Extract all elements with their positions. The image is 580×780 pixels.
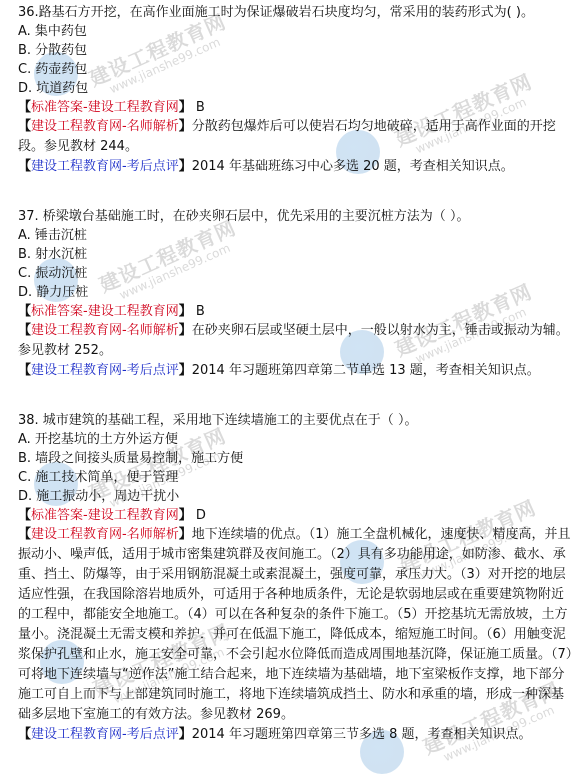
teacher-analysis: 【建设工程教育网-名师解析】在砂夹卵石层或坚硬土层中，一般以射水为主，锤击或振动… — [18, 321, 574, 361]
question-stem: 38. 城市建筑的基础工程，采用地下连续墙施工的主要优点在于（ ）。 — [18, 411, 574, 430]
option-c: C. 振动沉桩 — [18, 264, 574, 283]
standard-answer: 【标准答案-建设工程教育网】 D — [18, 506, 574, 525]
question-stem: 36.路基石方开挖，在高作业面施工时为保证爆破岩石块度均匀，常采用的装药形式为(… — [18, 3, 574, 22]
option-d: D. 坑道药包 — [18, 79, 574, 98]
standard-answer: 【标准答案-建设工程教育网】 B — [18, 302, 574, 321]
post-exam-review: 【建设工程教育网-考后点评】2014 年习题班第四章第二节单选 13 题，考查相… — [18, 361, 574, 380]
option-a: A. 集中药包 — [18, 22, 574, 41]
option-c: C. 药壶药包 — [18, 60, 574, 79]
review-text: 2014 年习题班第四章第三节多选 8 题，考查相关知识点。 — [192, 727, 532, 742]
analysis-text: 地下连续墙的优点。（1）施工全盘机械化，速度快、精度高，并且振动小、噪声低，适用… — [18, 527, 572, 722]
answer-value: D — [196, 508, 206, 523]
analysis-label: 建设工程教育网-名师解析 — [31, 119, 179, 134]
post-exam-review: 【建设工程教育网-考后点评】2014 年基础班练习中心多选 20 题，考查相关知… — [18, 157, 574, 176]
analysis-label: 建设工程教育网-名师解析 — [31, 527, 179, 542]
review-text: 2014 年习题班第四章第二节单选 13 题，考查相关知识点。 — [192, 363, 540, 378]
post-exam-review: 【建设工程教育网-考后点评】2014 年习题班第四章第三节多选 8 题，考查相关… — [18, 725, 574, 744]
option-d: D. 施工振动小，周边干扰小 — [18, 487, 574, 506]
option-b: B. 射水沉桩 — [18, 245, 574, 264]
review-label: 建设工程教育网-考后点评 — [31, 159, 179, 174]
question-38: 38. 城市建筑的基础工程，采用地下连续墙施工的主要优点在于（ ）。 A. 开挖… — [18, 411, 574, 744]
review-label: 建设工程教育网-考后点评 — [31, 727, 179, 742]
review-text: 2014 年基础班练习中心多选 20 题，考查相关知识点。 — [192, 159, 514, 174]
answer-value: B — [196, 304, 205, 319]
document-page: 建设工程教育网 www.jianshe99.com 建设工程教育网 www.ji… — [0, 0, 580, 780]
question-36: 36.路基石方开挖，在高作业面施工时为保证爆破岩石块度均匀，常采用的装药形式为(… — [18, 3, 574, 176]
option-d: D. 静力压桩 — [18, 283, 574, 302]
standard-answer: 【标准答案-建设工程教育网】 B — [18, 98, 574, 117]
answer-label: 标准答案-建设工程教育网 — [31, 100, 179, 115]
option-a: A. 锤击沉桩 — [18, 226, 574, 245]
teacher-analysis: 【建设工程教育网-名师解析】地下连续墙的优点。（1）施工全盘机械化，速度快、精度… — [18, 525, 574, 725]
teacher-analysis: 【建设工程教育网-名师解析】分散药包爆炸后可以使岩石均匀地破碎，适用于高作业面的… — [18, 117, 574, 157]
question-stem: 37. 桥梁墩台基础施工时，在砂夹卵石层中，优先采用的主要沉桩方法为（ ）。 — [18, 207, 574, 226]
analysis-label: 建设工程教育网-名师解析 — [31, 323, 179, 338]
answer-value: B — [196, 100, 205, 115]
question-37: 37. 桥梁墩台基础施工时，在砂夹卵石层中，优先采用的主要沉桩方法为（ ）。 A… — [18, 207, 574, 380]
option-b: B. 墙段之间接头质量易控制，施工方便 — [18, 449, 574, 468]
answer-label: 标准答案-建设工程教育网 — [31, 508, 179, 523]
option-b: B. 分散药包 — [18, 41, 574, 60]
option-a: A. 开挖基坑的土方外运方便 — [18, 430, 574, 449]
option-c: C. 施工技术简单，便于管理 — [18, 468, 574, 487]
answer-label: 标准答案-建设工程教育网 — [31, 304, 179, 319]
review-label: 建设工程教育网-考后点评 — [31, 363, 179, 378]
